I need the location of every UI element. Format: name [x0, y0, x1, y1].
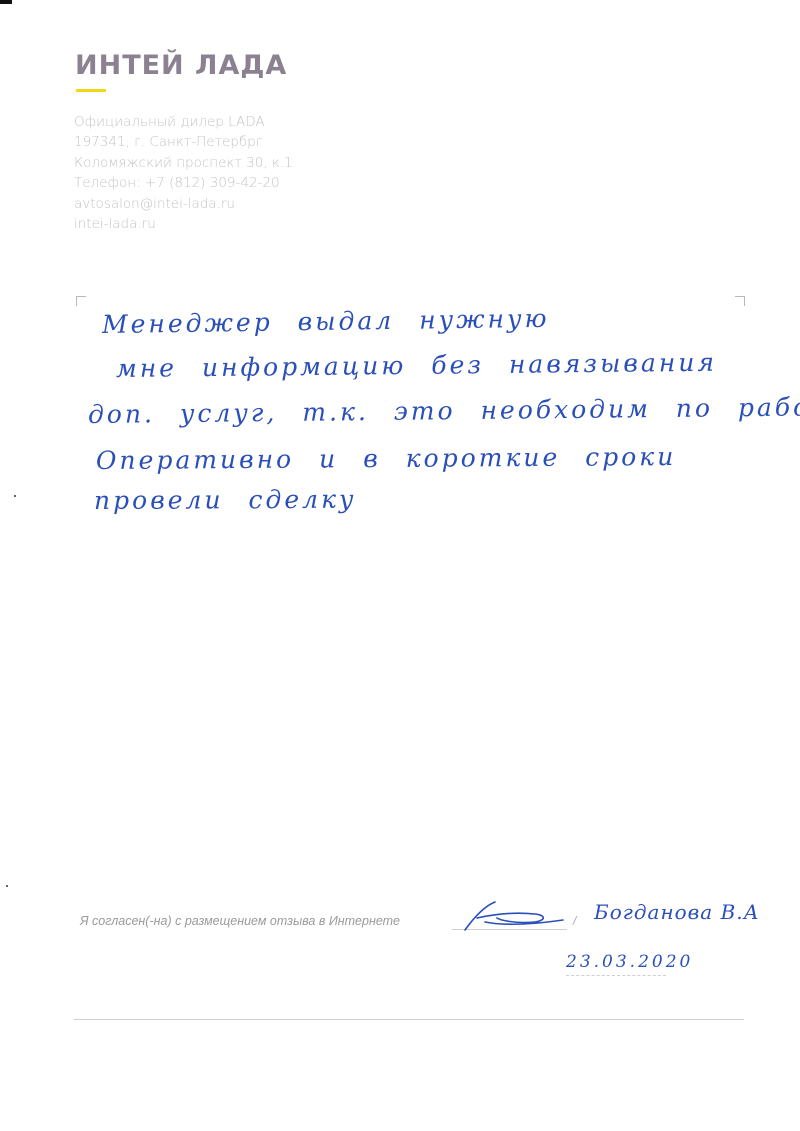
- dealer-contacts: Официальный дилер LADA 197341, г. Санкт-…: [74, 112, 293, 234]
- review-line: Оперативно и в короткие сроки: [96, 442, 676, 475]
- dealer-website: intei-lada.ru: [74, 214, 293, 234]
- brand-logo: ИНТЕЙ ЛАДА: [75, 50, 287, 81]
- text-area-corner-top-left: [76, 296, 86, 306]
- brand-accent-bar: [76, 89, 106, 92]
- publication-consent-label: Я согласен(-на) с размещением отзыва в И…: [80, 914, 400, 928]
- review-line: Менеджер выдал нужную: [102, 304, 550, 339]
- review-line: доп. услуг, т.к. это необходим по работе…: [88, 392, 800, 429]
- signature-separator: /: [573, 914, 576, 928]
- dealer-phone: Телефон: +7 (812) 309-42-20: [74, 173, 293, 193]
- review-line: мне информацию без навязывания: [116, 348, 717, 383]
- text-area-corner-top-right: [735, 296, 745, 306]
- dealer-email: avtosalon@intei-lada.ru: [74, 194, 293, 214]
- scan-artifact: [0, 0, 12, 4]
- review-line: провели сделку: [94, 485, 357, 515]
- dealer-postal-address: 197341, г. Санкт-Петербрг: [74, 132, 293, 152]
- dealer-street-address: Коломяжский проспект 30, к.1: [74, 153, 293, 173]
- scan-speck: [14, 495, 16, 497]
- review-date: 23.03.2020: [566, 952, 693, 972]
- date-line: [566, 975, 666, 976]
- signature-scribble: [455, 898, 565, 934]
- footer-divider: [74, 1019, 744, 1020]
- signer-name: Богданова В.А: [594, 900, 760, 924]
- scan-speck: [6, 885, 8, 887]
- dealer-description: Официальный дилер LADA: [74, 112, 293, 132]
